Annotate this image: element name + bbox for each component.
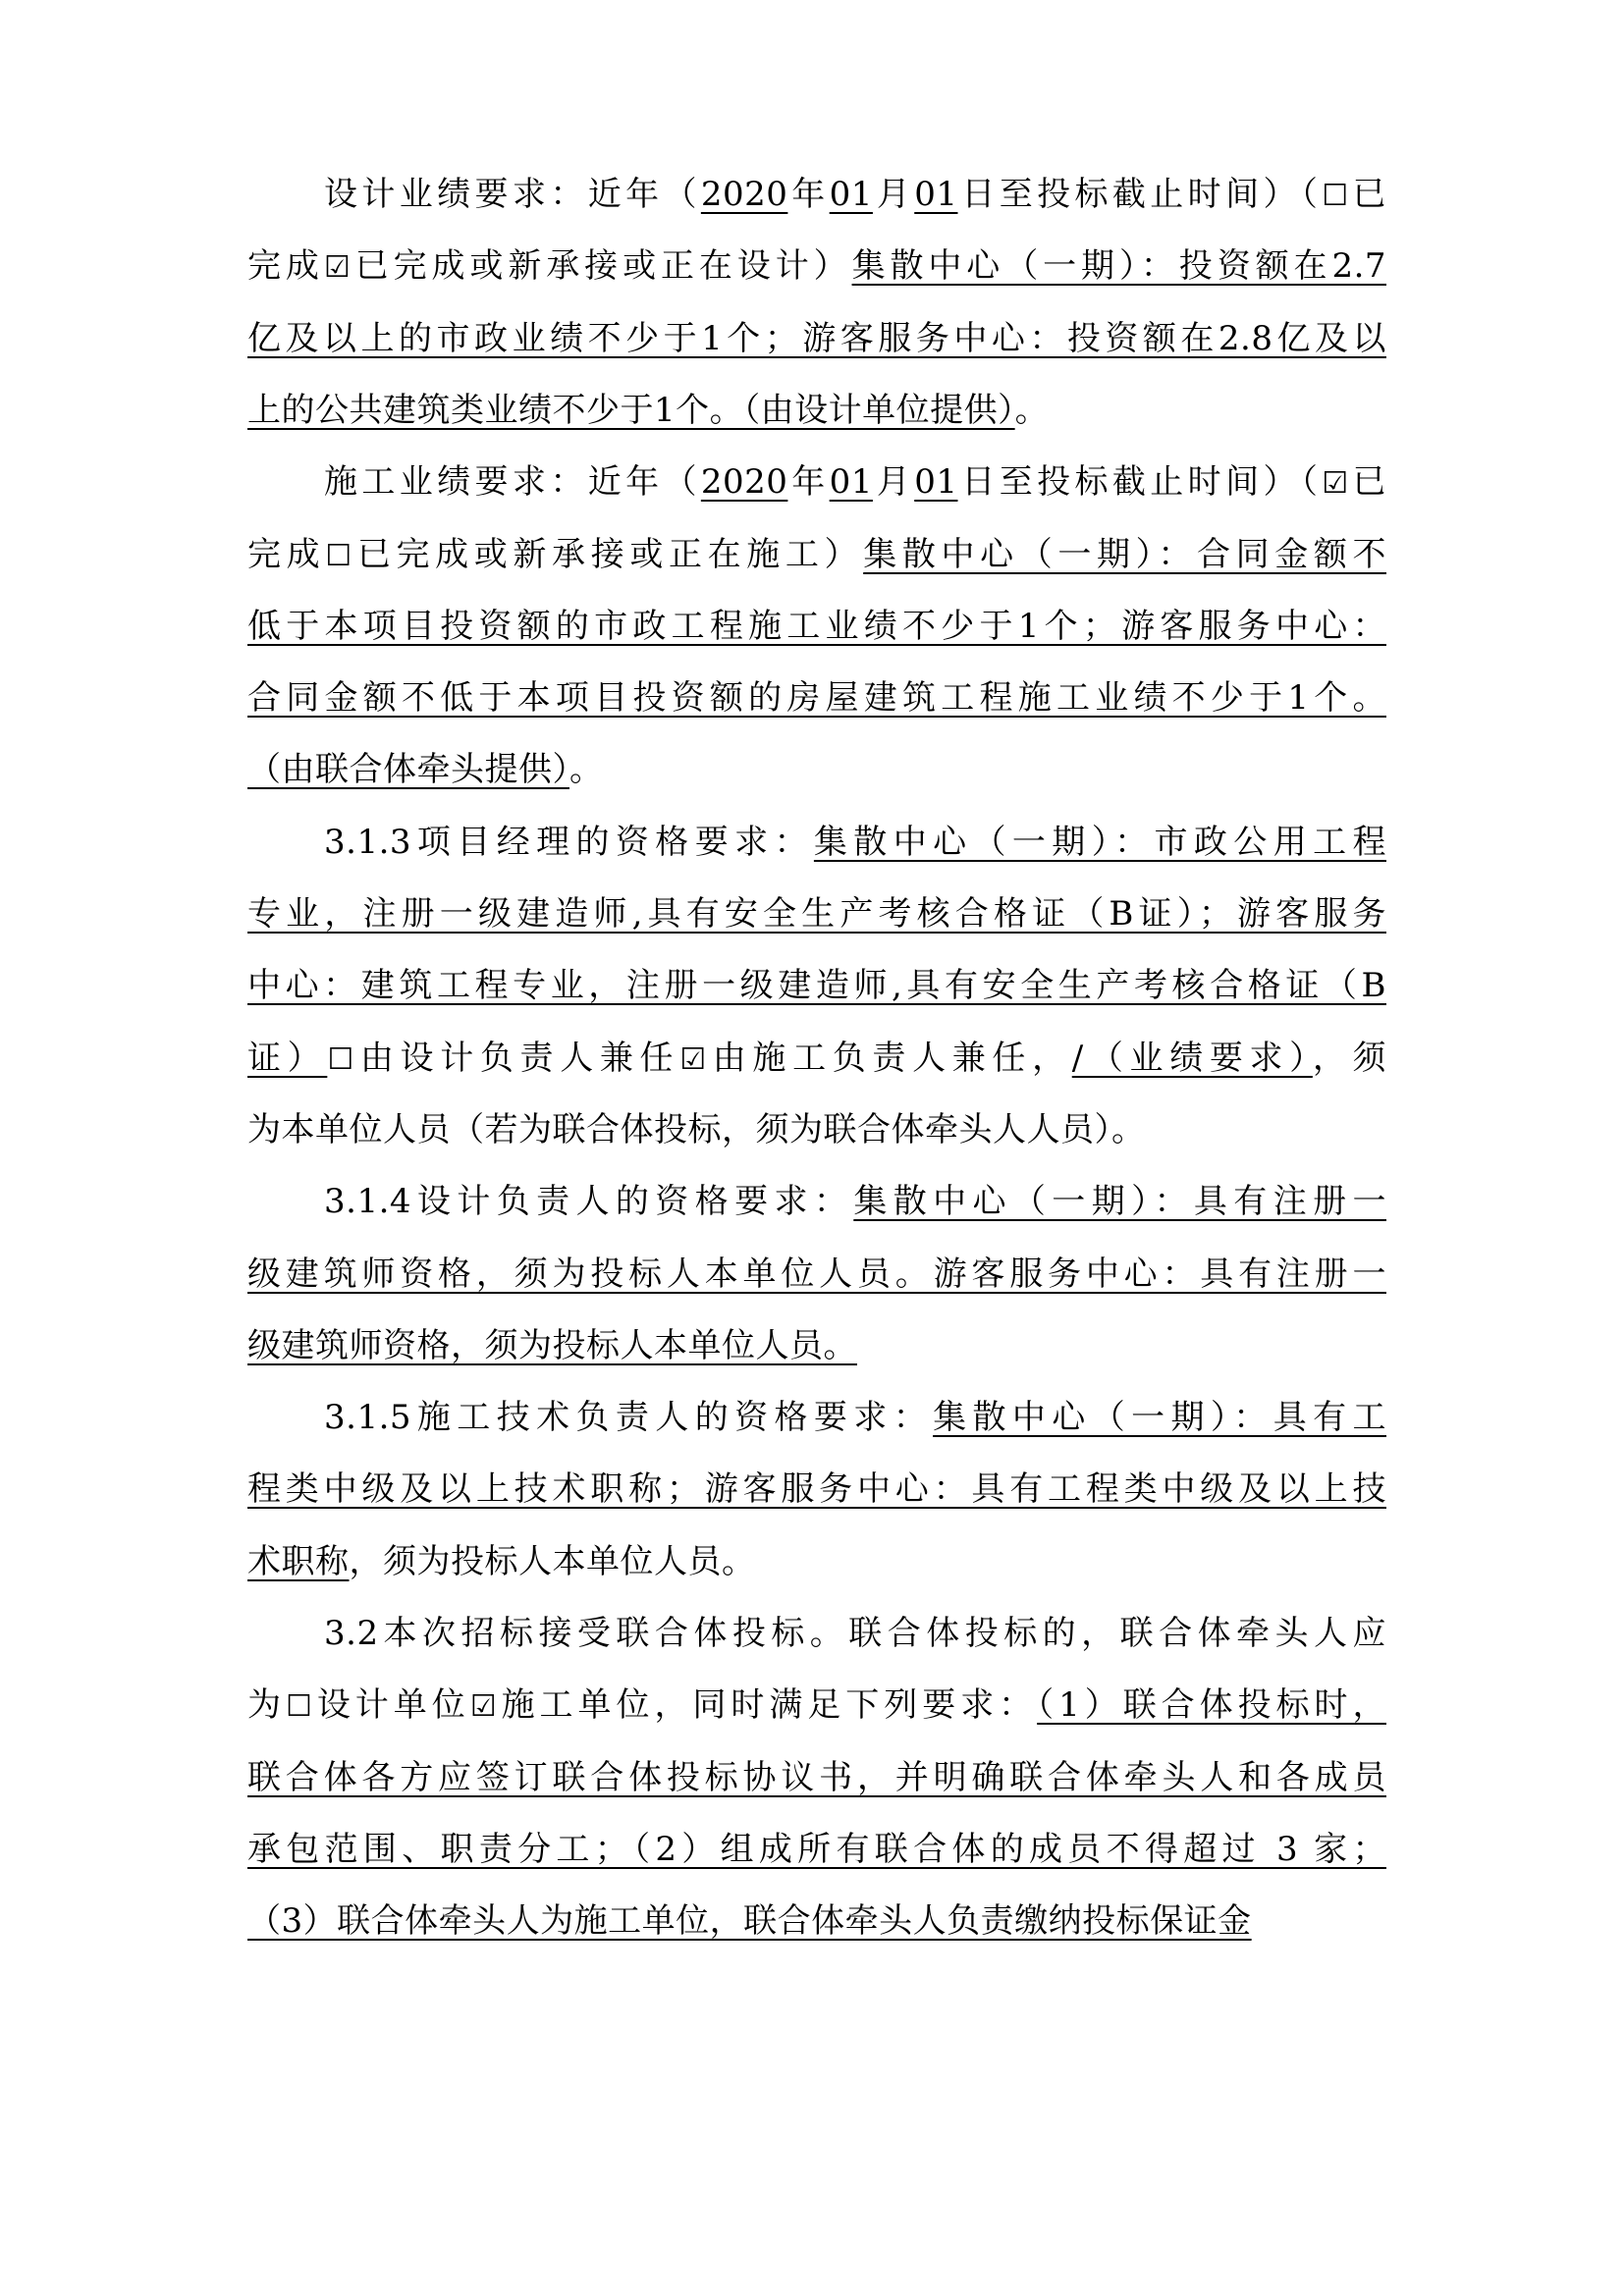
text-line: 联合体各方应签订联合体投标协议书，并明确联合体牵头人和各成员 xyxy=(247,1748,1386,1807)
text-line: 施工业绩要求：近年（2020年01月01日至投标截止时间）（☑已 xyxy=(247,453,1386,511)
text-line: 3.2本次招标接受联合体投标。联合体投标的，联合体牵头人应 xyxy=(247,1604,1386,1663)
text-segment: 。 xyxy=(1015,391,1050,430)
text-segment: 已完成或新承接或正在设计） xyxy=(351,246,851,286)
text-line: 合同金额不低于本项目投资额的房屋建筑工程施工业绩不少于1个。 xyxy=(247,668,1386,727)
underlined-text: 专业，注册一级建造师,具有安全生产考核合格证（B证）；游客服务 xyxy=(247,894,1386,934)
text-segment: 日至投标截止时间）（ xyxy=(957,175,1322,214)
text-segment: 已 xyxy=(1349,462,1386,502)
text-segment: 3.2本次招标接受联合体投标。联合体投标的，联合体牵头人应 xyxy=(324,1614,1386,1653)
text-segment: 由设计负责人兼任 xyxy=(354,1039,679,1078)
document-page: 设计业绩要求：近年（2020年01月01日至投标截止时间）（☐已完成☑已完成或新… xyxy=(0,0,1624,2296)
underlined-text: /（业绩要求） xyxy=(1072,1039,1313,1078)
text-segment: 3.1.4设计负责人的资格要求： xyxy=(324,1182,853,1221)
underlined-text: 承包范围、职责分工；（2）组成所有联合体的成员不得超过 3 家； xyxy=(247,1830,1386,1869)
underlined-text: 术职称 xyxy=(247,1542,350,1581)
underlined-text: 亿及以上的市政业绩不少于1个；游客服务中心：投资额在2.8亿及以 xyxy=(247,319,1386,358)
text-line: 中心：建筑工程专业，注册一级建造师,具有安全生产考核合格证（B xyxy=(247,956,1386,1015)
text-segment: 日至投标截止时间）（ xyxy=(957,462,1322,502)
unchecked-box-icon: ☐ xyxy=(286,1689,312,1724)
checked-box-icon: ☑ xyxy=(679,1042,706,1077)
text-segment: 施工单位，同时满足下列要求： xyxy=(497,1685,1037,1725)
underlined-text: 集散中心（一期）：具有工 xyxy=(933,1398,1386,1437)
text-segment: 。 xyxy=(569,750,604,789)
underlined-text: 2020 xyxy=(701,175,788,214)
text-line: 专业，注册一级建造师,具有安全生产考核合格证（B证）；游客服务 xyxy=(247,884,1386,943)
text-line: 完成☐已完成或新承接或正在施工）集散中心（一期）：合同金额不 xyxy=(247,525,1386,584)
underlined-text: 中心：建筑工程专业，注册一级建造师,具有安全生产考核合格证（B xyxy=(247,966,1386,1005)
checked-box-icon: ☑ xyxy=(470,1689,497,1724)
underlined-text: 合同金额不低于本项目投资额的房屋建筑工程施工业绩不少于1个。 xyxy=(247,678,1386,718)
text-segment: 完成 xyxy=(247,535,325,574)
underlined-text: 集散中心（一期）：具有注册一 xyxy=(853,1182,1386,1221)
underlined-text: 上的公共建筑类业绩不少于1个。（由设计单位提供） xyxy=(247,391,1015,430)
underlined-text: 级建筑师资格，须为投标人本单位人员。游客服务中心：具有注册一 xyxy=(247,1255,1386,1294)
text-line: 级建筑师资格，须为投标人本单位人员。 xyxy=(247,1316,1386,1375)
unchecked-box-icon: ☐ xyxy=(327,1042,353,1077)
text-line: 为本单位人员（若为联合体投标，须为联合体牵头人人员）。 xyxy=(247,1100,1386,1159)
text-segment: 设计单位 xyxy=(312,1685,469,1725)
text-segment: 已 xyxy=(1349,175,1386,214)
underlined-text: 01 xyxy=(914,462,957,502)
underlined-text: 01 xyxy=(914,175,957,214)
checked-box-icon: ☑ xyxy=(324,250,351,285)
underlined-text: 程类中级及以上技术职称；游客服务中心：具有工程类中级及以上技 xyxy=(247,1469,1386,1509)
underlined-text: 01 xyxy=(830,462,873,502)
text-segment: 月 xyxy=(873,175,914,214)
text-line: 承包范围、职责分工；（2）组成所有联合体的成员不得超过 3 家； xyxy=(247,1820,1386,1879)
text-segment: 年 xyxy=(787,175,829,214)
text-segment: 为 xyxy=(247,1685,286,1725)
underlined-text: （1）联合体投标时， xyxy=(1037,1685,1386,1725)
text-segment: ，须 xyxy=(1313,1039,1386,1078)
underlined-text: （由联合体牵头提供） xyxy=(247,750,569,789)
text-segment: 已完成或新承接或正在施工） xyxy=(352,535,863,574)
underlined-text: （3）联合体牵头人为施工单位，联合体牵头人负责缴纳投标保证金 xyxy=(247,1901,1252,1941)
underlined-text: 集散中心（一期）：投资额在2.7 xyxy=(852,246,1386,286)
text-line: 证）☐由设计负责人兼任☑由施工负责人兼任，/（业绩要求），须 xyxy=(247,1029,1386,1088)
text-segment: 为本单位人员（若为联合体投标，须为联合体牵头人人员）。 xyxy=(247,1110,1146,1149)
text-line: 3.1.3项目经理的资格要求：集散中心（一期）：市政公用工程 xyxy=(247,813,1386,872)
text-segment: 3.1.5施工技术负责人的资格要求： xyxy=(324,1398,933,1437)
text-segment: 完成 xyxy=(247,246,324,286)
text-segment: 施工业绩要求：近年（ xyxy=(324,462,701,502)
text-line: （由联合体牵头提供）。 xyxy=(247,740,1386,799)
text-line: 3.1.4设计负责人的资格要求：集散中心（一期）：具有注册一 xyxy=(247,1172,1386,1231)
text-segment: 年 xyxy=(787,462,829,502)
underlined-text: 证） xyxy=(247,1039,327,1078)
checked-box-icon: ☑ xyxy=(1322,466,1348,501)
text-segment: ，须为投标人本单位人员。 xyxy=(350,1542,756,1581)
underlined-text: 2020 xyxy=(701,462,788,502)
text-line: 级建筑师资格，须为投标人本单位人员。游客服务中心：具有注册一 xyxy=(247,1245,1386,1304)
unchecked-box-icon: ☐ xyxy=(1322,179,1348,213)
underlined-text: 集散中心（一期）：合同金额不 xyxy=(863,535,1386,574)
text-line: 低于本项目投资额的市政工程施工业绩不少于1个；游客服务中心： xyxy=(247,597,1386,656)
text-line: 3.1.5施工技术负责人的资格要求：集散中心（一期）：具有工 xyxy=(247,1388,1386,1447)
text-line: （3）联合体牵头人为施工单位，联合体牵头人负责缴纳投标保证金 xyxy=(247,1892,1386,1950)
text-segment: 设计业绩要求：近年（ xyxy=(324,175,701,214)
text-line: 术职称，须为投标人本单位人员。 xyxy=(247,1532,1386,1591)
text-line: 上的公共建筑类业绩不少于1个。（由设计单位提供）。 xyxy=(247,381,1386,440)
text-segment: 3.1.3项目经理的资格要求： xyxy=(324,823,814,862)
text-line: 亿及以上的市政业绩不少于1个；游客服务中心：投资额在2.8亿及以 xyxy=(247,309,1386,368)
underlined-text: 01 xyxy=(830,175,873,214)
unchecked-box-icon: ☐ xyxy=(325,539,352,573)
underlined-text: 级建筑师资格，须为投标人本单位人员。 xyxy=(247,1326,857,1365)
text-line: 程类中级及以上技术职称；游客服务中心：具有工程类中级及以上技 xyxy=(247,1460,1386,1519)
underlined-text: 集散中心（一期）：市政公用工程 xyxy=(814,823,1386,862)
underlined-text: 低于本项目投资额的市政工程施工业绩不少于1个；游客服务中心： xyxy=(247,607,1386,646)
text-line: 完成☑已完成或新承接或正在设计）集散中心（一期）：投资额在2.7 xyxy=(247,237,1386,295)
underlined-text: 联合体各方应签订联合体投标协议书，并明确联合体牵头人和各成员 xyxy=(247,1758,1386,1797)
text-line: 设计业绩要求：近年（2020年01月01日至投标截止时间）（☐已 xyxy=(247,165,1386,224)
text-line: 为☐设计单位☑施工单位，同时满足下列要求：（1）联合体投标时， xyxy=(247,1676,1386,1735)
text-segment: 由施工负责人兼任， xyxy=(707,1039,1072,1078)
text-segment: 月 xyxy=(873,462,914,502)
